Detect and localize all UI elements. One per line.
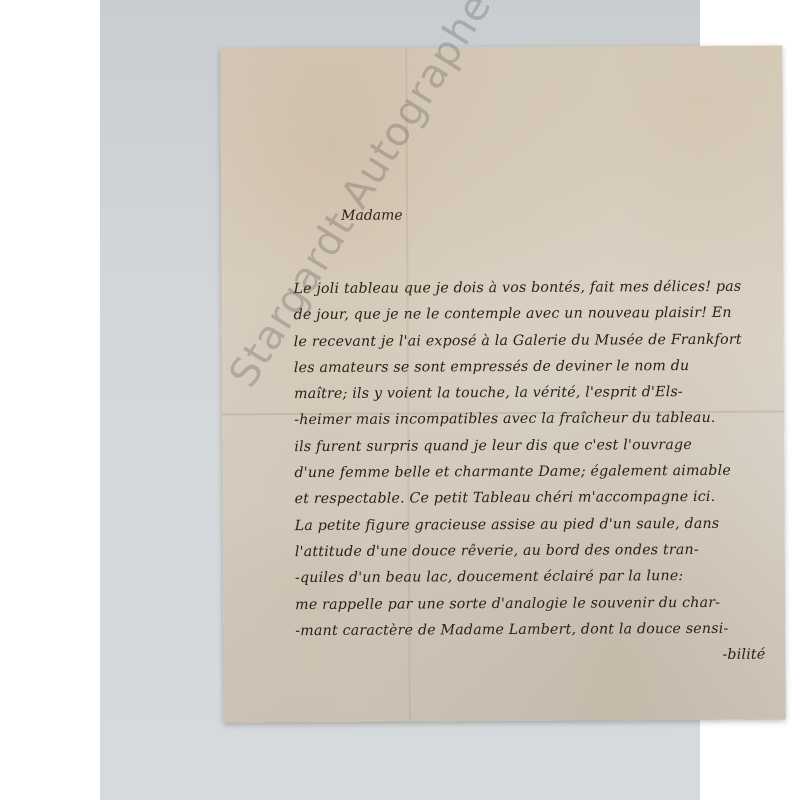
- letter-line: -quiles d'un beau lac, doucement éclairé…: [295, 563, 775, 592]
- letter-line: Le joli tableau que je dois à vos bontés…: [293, 274, 773, 303]
- letter-line: -bilité: [295, 642, 775, 671]
- letter-line: les amateurs se sont empressés de devine…: [294, 352, 774, 381]
- letter-line: maître; ils y voient la touche, la vérit…: [294, 379, 774, 408]
- letter-line: me rappelle par une sorte d'analogie le …: [295, 589, 775, 618]
- letter-line: -mant caractère de Madame Lambert, dont …: [295, 615, 775, 644]
- letter-line: le recevant je l'ai exposé à la Galerie …: [294, 326, 774, 355]
- letter-paper: Madame Le joli tableau que je dois à vos…: [220, 46, 786, 723]
- letter-line: -heimer mais incompatibles avec la fraîc…: [294, 405, 774, 434]
- letter-line: et respectable. Ce petit Tableau chéri m…: [295, 484, 775, 513]
- letter-line: La petite figure gracieuse assise au pie…: [295, 510, 775, 539]
- letter-line: de jour, que je ne le contemple avec un …: [294, 300, 774, 329]
- letter-line: ils furent surpris quand je leur dis que…: [294, 431, 774, 460]
- photo-backdrop: Madame Le joli tableau que je dois à vos…: [100, 0, 700, 800]
- letter-body: Le joli tableau que je dois à vos bontés…: [293, 274, 775, 671]
- letter-line: d'une femme belle et charmante Dame; éga…: [294, 458, 774, 487]
- letter-line: l'attitude d'une douce rêverie, au bord …: [295, 537, 775, 566]
